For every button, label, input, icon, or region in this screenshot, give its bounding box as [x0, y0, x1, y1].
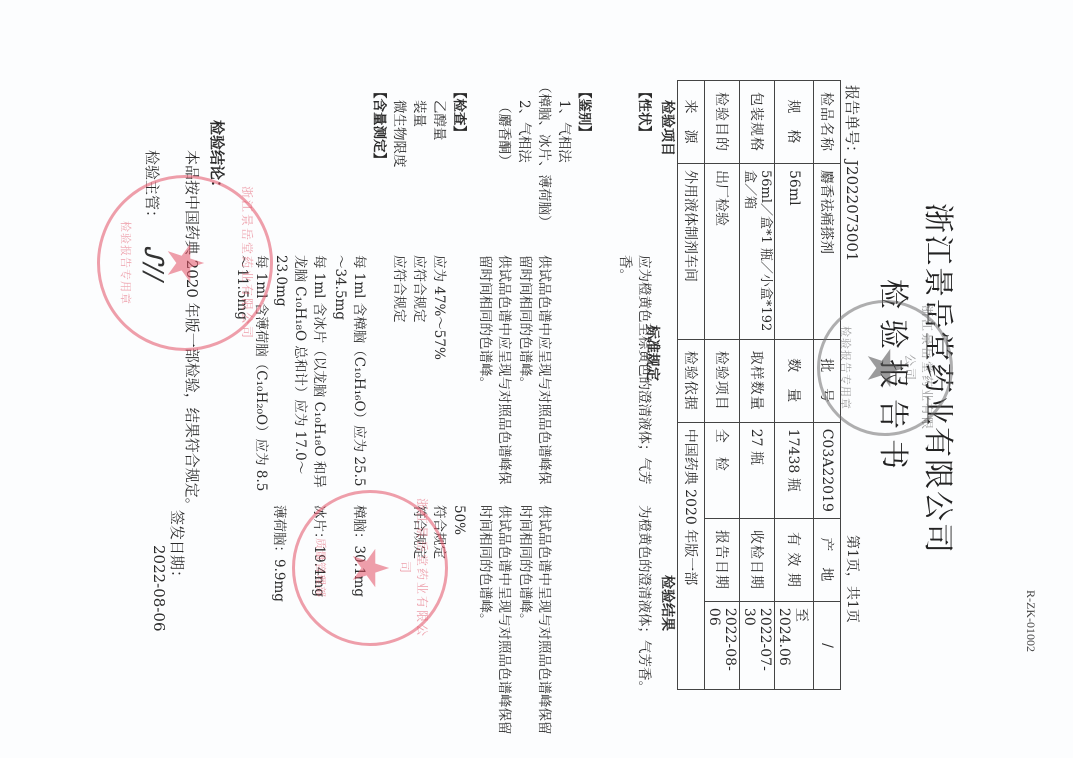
value-quantity: 17438 瓶 — [775, 422, 814, 518]
label-origin: 产 地 — [814, 518, 841, 601]
value-packaging: 56ml／盒*1 瓶／小盒*192 盒／箱 — [740, 164, 775, 340]
value-expiry: 至 2024.06 — [775, 601, 814, 689]
inspection-1-standard: 应为 47%～57% — [429, 255, 448, 360]
label-basis: 检验依据 — [678, 339, 705, 422]
sample-info-table: 检品名称 麝香祛痛搽剂 批 号 C03A22019 产 地 / 规 格 56ml… — [677, 80, 841, 690]
identification-1-sub: （樟脑、冰片、薄荷脑） — [534, 80, 553, 229]
label-purpose: 检验目的 — [705, 81, 740, 164]
label-spec: 规 格 — [775, 81, 814, 164]
appearance-result: 为橙黄色的澄清液体；气芳香。 — [634, 505, 653, 745]
section-identification-heading: 【鉴别】 — [574, 85, 593, 139]
value-sample-qty: 27 瓶 — [740, 422, 775, 518]
report-seal-red: 浙江景岳堂药业有限公司 ★ 检验报告专用章 — [97, 175, 273, 351]
table-row: 检验目的 出厂检验 检验项目 全 检 报告日期 2022-08-06 — [705, 81, 740, 690]
seal-text: 检验报告专用章 — [838, 303, 854, 433]
identification-1-result: 供试品色谱中呈现与对照品色谱峰保留时间相同的色谱峰。 — [515, 505, 553, 745]
quality-dept-seal: 浙江景岳堂药业有限公司 ★ 质量管理部 — [292, 490, 448, 646]
inspection-1-name: 乙醇量 — [429, 100, 448, 141]
report-number: 报告单号：J2022073001 — [842, 85, 863, 261]
section-inspection-heading: 【检查】 — [449, 85, 468, 139]
value-received-date: 2022-07-30 — [740, 601, 775, 689]
label-packaging: 包装规格 — [740, 81, 775, 164]
report-number-value: J2022073001 — [843, 160, 861, 261]
document-code: R-ZK-01002 — [1023, 590, 1038, 652]
label-quantity: 数 量 — [775, 339, 814, 422]
identification-2-sub: （麝香酮） — [494, 100, 513, 168]
section-appearance-heading: 【性状】 — [634, 85, 653, 139]
inspection-1-result: 50% — [449, 505, 468, 535]
seal-text: 检验报告专用章 — [118, 178, 134, 348]
assay-3-result: 薄荷脑：9.9mg — [269, 505, 288, 602]
seal-ring-text: 浙江景岳堂药业有限公司 — [239, 178, 256, 348]
qc-report-seal: 浙江景岳堂药业有限公司 ★ 检验报告专用章 — [817, 300, 953, 436]
identification-2-result: 供试品色谱中呈现与对照品色谱峰保留时间相同的色谱峰。 — [475, 505, 513, 745]
column-header-result: 检验结果 — [658, 575, 678, 631]
identification-2-name: 2、气相法 — [514, 100, 533, 163]
inspection-2-standard: 应符合规定 — [409, 255, 428, 323]
inspection-2-name: 装量 — [409, 100, 428, 127]
report-number-label: 报告单号： — [843, 85, 861, 160]
star-icon: ★ — [345, 546, 395, 591]
inspection-3-name: 微生物限度 — [389, 100, 408, 168]
value-source: 外用液体制剂车间 — [678, 164, 705, 340]
value-batch-no: C03A22019 — [814, 422, 841, 518]
label-product-name: 检品名称 — [814, 81, 841, 164]
appearance-standard: 应为橙黄色至棕黄色的澄清液体；气芳香。 — [615, 255, 653, 505]
issue-date-label: 签发日期： — [167, 510, 188, 585]
value-product-name: 麝香祛痛搽剂 — [814, 164, 841, 340]
assay-2-standard: 每 1ml 含冰片（以龙脑 C₁₀H₁₈O 和异龙脑 C₁₀H₁₈O 总和计）应… — [271, 255, 328, 495]
inspection-3-standard: 应符合规定 — [389, 255, 408, 323]
value-basis: 中国药典 2020 年版一部 — [678, 422, 705, 689]
label-received-date: 收检日期 — [740, 518, 775, 601]
assay-1-standard: 每 1ml 含樟脑（C₁₀H₁₆O）应为 25.5～34.5mg — [330, 255, 368, 495]
issue-date-value: 2022-08-06 — [150, 545, 168, 631]
table-row: 包装规格 56ml／盒*1 瓶／小盒*192 盒／箱 取样数量 27 瓶 收检日… — [740, 81, 775, 690]
section-assay-heading: 【含量测定】 — [369, 85, 388, 166]
label-expiry: 有 效 期 — [775, 518, 814, 601]
label-sample-qty: 取样数量 — [740, 339, 775, 422]
column-header-item: 检验项目 — [658, 100, 678, 156]
value-test-items: 全 检 — [705, 422, 740, 518]
label-report-date: 报告日期 — [705, 518, 740, 601]
value-purpose: 出厂检验 — [705, 164, 740, 340]
label-test-items: 检验项目 — [705, 339, 740, 422]
identification-1-name: 1、气相法 — [554, 100, 573, 163]
seal-ring-text: 浙江景岳堂药业有限公司 — [902, 303, 936, 433]
table-row: 来 源 外用液体制剂车间 检验依据 中国药典 2020 年版一部 — [678, 81, 705, 690]
table-row: 规 格 56ml 数 量 17438 瓶 有 效 期 至 2024.06 — [775, 81, 814, 690]
seal-text: 质量管理部 — [313, 493, 329, 643]
seal-ring-text: 浙江景岳堂药业有限公司 — [397, 493, 431, 643]
star-icon: ★ — [160, 241, 210, 286]
inspection-report-page: R-ZK-01002 浙江景岳堂药业有限公司 检验报告书 报告单号：J20220… — [0, 0, 1073, 758]
label-source: 来 源 — [678, 81, 705, 164]
value-report-date: 2022-08-06 — [705, 601, 740, 689]
page-info: 第1页，共1页 — [843, 535, 863, 623]
value-origin: / — [814, 601, 841, 689]
identification-2-standard: 供试品色谱中应呈现与对照品色谱峰保留时间相同的色谱峰。 — [475, 255, 513, 495]
identification-1-standard: 供试品色谱中应呈现与对照品色谱峰保留时间相同的色谱峰。 — [515, 255, 553, 495]
value-spec: 56ml — [775, 164, 814, 340]
